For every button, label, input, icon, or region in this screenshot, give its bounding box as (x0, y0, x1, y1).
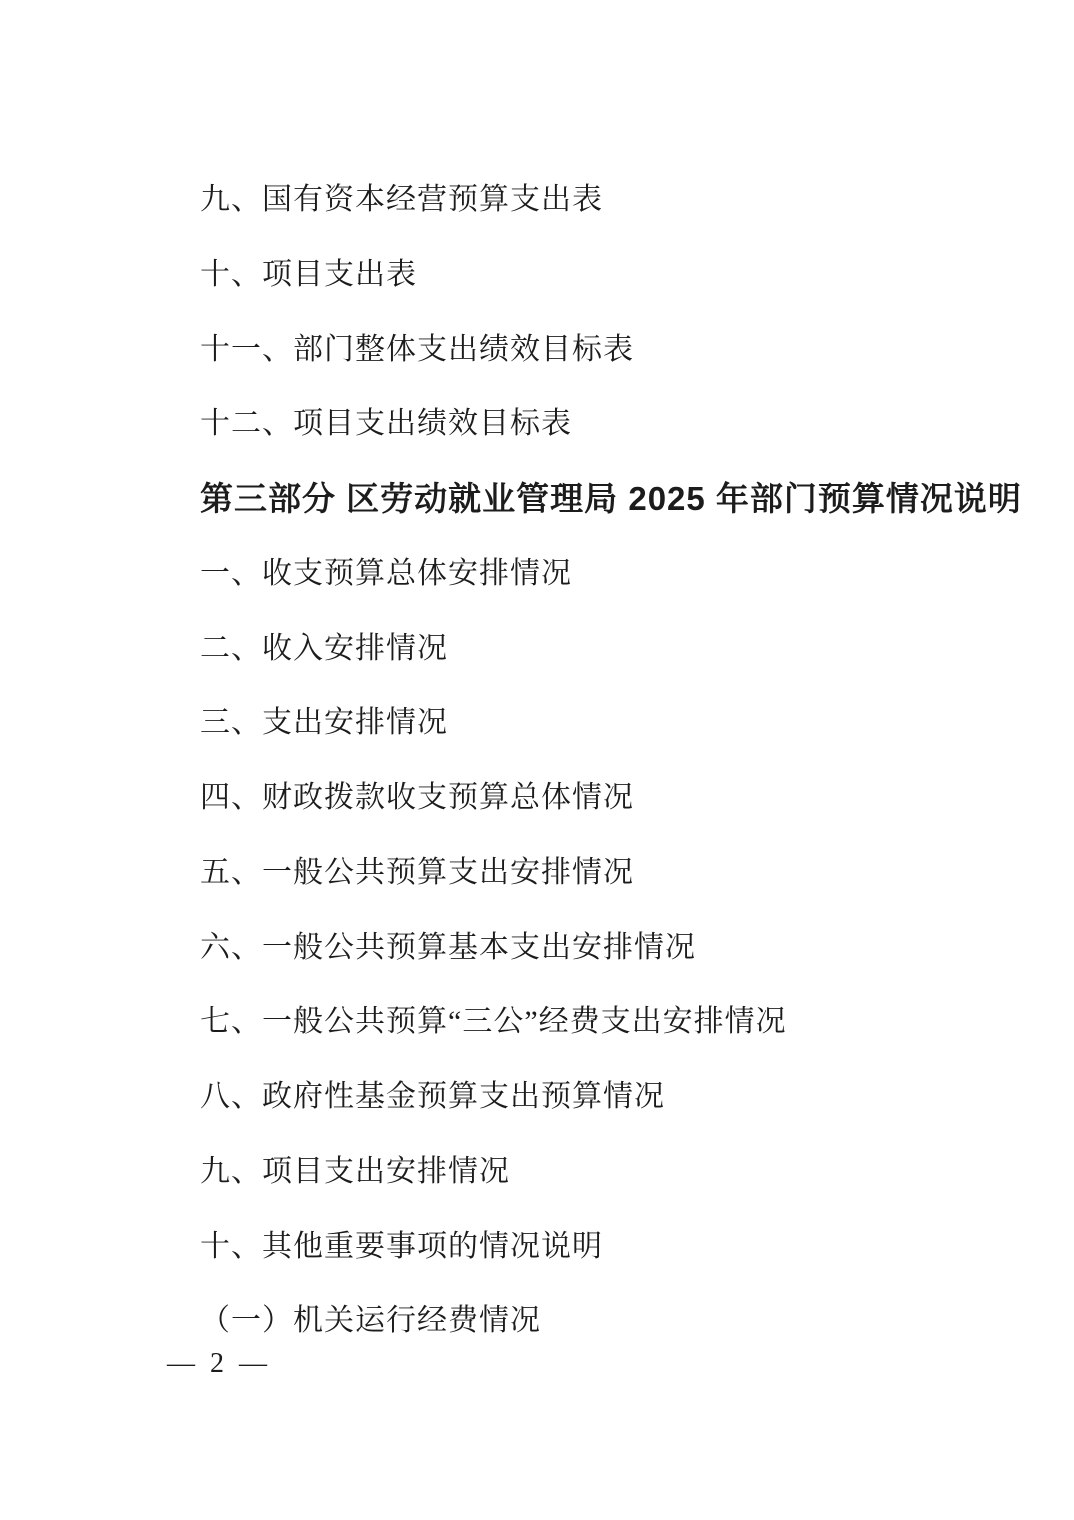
toc-item: 四、财政拨款收支预算总体情况 (200, 761, 984, 836)
toc-item: 十一、部门整体支出绩效目标表 (200, 313, 984, 388)
toc-item: 九、国有资本经营预算支出表 (200, 163, 984, 238)
toc-item: 十二、项目支出绩效目标表 (200, 387, 984, 462)
toc-item: 六、一般公共预算基本支出安排情况 (200, 911, 984, 986)
toc-item: 十、项目支出表 (200, 238, 984, 313)
section-heading: 第三部分 区劳动就业管理局 2025 年部门预算情况说明 (200, 462, 984, 537)
toc-content: 九、国有资本经营预算支出表 十、项目支出表 十一、部门整体支出绩效目标表 十二、… (200, 163, 984, 1359)
toc-item: （一）机关运行经费情况 (200, 1284, 984, 1359)
toc-item: 八、政府性基金预算支出预算情况 (200, 1060, 984, 1135)
toc-item: 二、收入安排情况 (200, 612, 984, 687)
toc-item: 十、其他重要事项的情况说明 (200, 1210, 984, 1285)
toc-item: 三、支出安排情况 (200, 686, 984, 761)
toc-item: 七、一般公共预算“三公”经费支出安排情况 (200, 985, 984, 1060)
toc-item: 五、一般公共预算支出安排情况 (200, 836, 984, 911)
toc-item: 九、项目支出安排情况 (200, 1135, 984, 1210)
toc-item: 一、收支预算总体安排情况 (200, 537, 984, 612)
page-number: — 2 — (167, 1348, 271, 1380)
document-page: 九、国有资本经营预算支出表 十、项目支出表 十一、部门整体支出绩效目标表 十二、… (0, 0, 1074, 1520)
